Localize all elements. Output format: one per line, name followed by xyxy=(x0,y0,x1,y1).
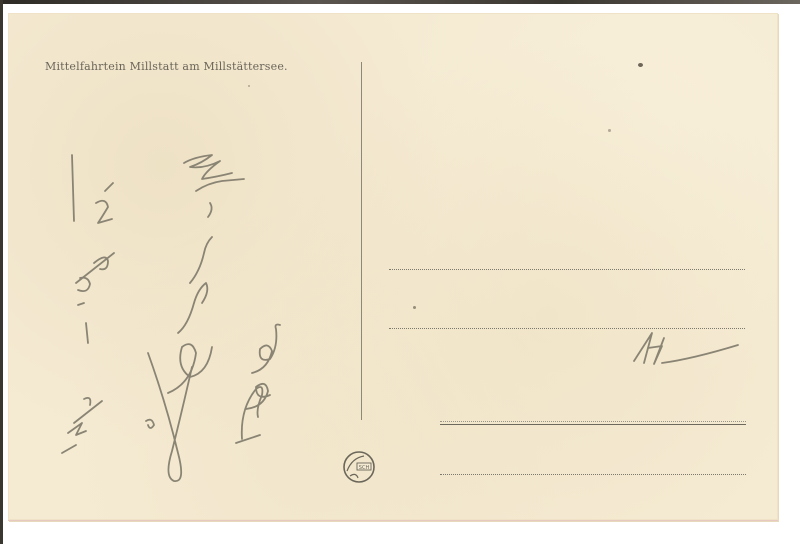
pencil-stroke xyxy=(246,384,270,409)
pencil-stroke xyxy=(662,345,738,363)
pencil-stroke xyxy=(68,423,86,435)
pencil-stroke xyxy=(148,353,192,481)
address-line-3 xyxy=(440,424,746,425)
handwriting-layer xyxy=(8,13,778,520)
pencil-stroke xyxy=(236,435,260,443)
pencil-stroke xyxy=(634,333,652,363)
pencil-stroke xyxy=(252,325,280,374)
paper-speck xyxy=(638,63,643,67)
pencil-stroke xyxy=(648,338,664,364)
postcard-caption: Mittelfahrtein Millstatt am Millstätters… xyxy=(45,60,288,73)
postcard-back: Mittelfahrtein Millstatt am Millstätters… xyxy=(8,13,778,521)
pencil-stroke xyxy=(168,344,212,393)
center-divider xyxy=(361,62,362,420)
publisher-stamp-icon: SCH xyxy=(342,450,376,484)
pencil-stroke xyxy=(78,303,84,305)
paper-speck xyxy=(413,306,416,309)
pencil-stroke xyxy=(190,237,212,283)
address-line-4 xyxy=(440,474,746,475)
pencil-stroke xyxy=(62,445,76,453)
address-line-2 xyxy=(389,328,745,329)
paper-speck xyxy=(248,85,250,87)
pencil-stroke xyxy=(178,283,207,333)
pencil-stroke xyxy=(84,398,90,405)
pencil-stroke xyxy=(184,155,232,179)
scan-edge-top xyxy=(0,0,800,4)
pencil-stroke xyxy=(146,420,154,428)
pencil-stroke xyxy=(78,278,90,292)
pencil-stroke xyxy=(74,401,102,423)
pencil-stroke xyxy=(242,387,263,439)
pencil-stroke xyxy=(72,155,74,221)
pencil-stroke xyxy=(76,253,114,283)
pencil-stroke xyxy=(94,257,108,269)
pencil-stroke xyxy=(196,179,244,191)
pencil-stroke xyxy=(86,323,88,343)
scan-edge-left xyxy=(0,0,3,544)
paper-speck xyxy=(608,129,611,132)
pencil-stroke xyxy=(208,203,212,217)
pencil-stroke xyxy=(105,183,113,191)
address-line-1 xyxy=(389,269,745,270)
pencil-stroke xyxy=(96,201,112,223)
svg-text:SCH: SCH xyxy=(359,465,370,471)
